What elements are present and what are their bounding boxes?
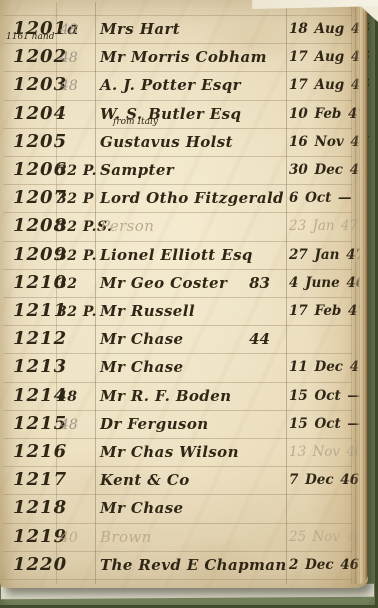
entry-number: 1204	[13, 99, 67, 129]
entry-name: Dr Ferguson	[100, 409, 209, 439]
entry-number: 1220	[13, 550, 67, 580]
entry-name: Brown	[100, 522, 152, 552]
entry-code: 32 P.	[57, 241, 97, 271]
ledger-row: 1219 40 Brown 25 Nov 46	[0, 522, 368, 551]
entry-name: Sampter	[100, 155, 174, 185]
entry-code: 48	[60, 410, 78, 440]
entry-name: Mrs Hart	[100, 14, 180, 44]
ledger-photo: 1201a 1161 hand 48 Mrs Hart 18 Aug 46 12…	[0, 0, 378, 608]
entry-name: Mr Russell	[100, 296, 195, 326]
entry-number: 1218	[13, 493, 67, 523]
ledger-row: 1218 Mr Chase	[0, 493, 368, 522]
entry-number: 1202	[13, 42, 67, 72]
entry-number: 1215	[13, 409, 67, 439]
entry-name: Mr Chas Wilson	[100, 437, 239, 467]
ledger-row: 1212 Mr Chase 44	[0, 324, 368, 353]
ledger-row: 1215 48 Dr Ferguson 15 Oct —	[0, 409, 368, 438]
entry-number-note: 1161 hand	[6, 31, 55, 43]
ledger-row: 1220 The Revd E Chapman 2 Dec 46	[0, 550, 368, 579]
entry-name: A. J. Potter Esqr	[100, 70, 241, 100]
ledger-row: 1203 48 A. J. Potter Esqr 17 Aug 46	[0, 70, 368, 99]
entry-name: Mr Geo Coster	[100, 268, 227, 298]
ledger-row: 1201a 1161 hand 48 Mrs Hart 18 Aug 46	[0, 14, 368, 43]
entry-code: 32 P	[57, 184, 94, 214]
ledger-row: 1202 48 Mr Morris Cobham 17 Aug 46	[0, 42, 368, 71]
entry-number: 1212	[13, 324, 67, 354]
ledger-row: 1206 32 P. Sampter 30 Dec 46	[0, 155, 368, 184]
entry-name: Mr Chase	[100, 493, 183, 523]
entry-name: Gustavus Holst	[100, 127, 233, 157]
entry-name: Mr R. F. Boden	[100, 381, 231, 411]
entry-date: 6 Oct —	[289, 183, 352, 213]
ledger-row: 1208 32 P.S. Person 23 Jan 47	[0, 211, 368, 240]
entry-number: 1213	[13, 352, 67, 382]
ledger-row: 1210 32 Mr Geo Coster 83 4 June 46	[0, 268, 368, 297]
entry-name: Mr Morris Cobham	[100, 42, 267, 72]
entry-code: 40	[60, 523, 78, 553]
entry-name: Kent & Co	[100, 465, 190, 495]
entry-name: Lord Otho Fitzgerald	[100, 183, 284, 213]
entry-name: Mr Chase	[100, 352, 183, 382]
entry-name: Mr Chase	[100, 324, 183, 354]
ledger-row: 1211 32 P. Mr Russell 17 Feb 47	[0, 296, 368, 325]
ledger-row: 1217 Kent & Co 7 Dec 46	[0, 465, 368, 494]
entry-code: 48	[60, 43, 78, 73]
entry-name: The Revd E Chapman	[100, 550, 287, 580]
entry-extra-number: 44	[242, 324, 270, 354]
entry-name: Person	[100, 211, 154, 241]
ledger-row: 1216 Mr Chas Wilson 13 Nov 46	[0, 437, 368, 466]
page-fore-edge	[351, 0, 368, 584]
entry-date: 2 Dec 46	[289, 550, 359, 580]
entry-code: 32 P.	[57, 297, 97, 327]
entry-number: 1219	[13, 522, 67, 552]
entry-number: 1205	[13, 127, 67, 157]
entry-date: 23 Jan 47	[289, 211, 358, 241]
entry-extra-number: 83	[242, 268, 270, 298]
entry-number: 1217	[13, 465, 67, 495]
ledger-row: 1205 Gustavus Holst 16 Nov 46	[0, 127, 368, 156]
ledger-row: 1209 32 P. Lionel Elliott Esq 27 Jan 47	[0, 240, 368, 269]
ledger-row: 1207 32 P Lord Otho Fitzgerald 6 Oct —	[0, 183, 368, 212]
entry-code: 48	[57, 382, 77, 412]
ledger-row: 1214 48 Mr R. F. Boden 15 Oct —	[0, 381, 368, 410]
entry-number: 1216	[13, 437, 67, 467]
ledger-row: 1213 Mr Chase 11 Dec 46	[0, 352, 368, 381]
ledger-row: 1204 W. S. Butler Esq from Italy 10 Feb …	[0, 99, 368, 128]
entry-code: 48	[60, 71, 78, 101]
entry-code: 32 P.	[57, 156, 97, 186]
ledger-page: 1201a 1161 hand 48 Mrs Hart 18 Aug 46 12…	[0, 0, 368, 588]
entry-code: 32	[57, 269, 77, 299]
entry-number: 1203	[13, 70, 67, 100]
entry-name-note: from Italy	[113, 116, 158, 128]
entry-code: 48	[60, 15, 78, 45]
entry-name: Lionel Elliott Esq	[100, 240, 253, 270]
entry-date: 7 Dec 46	[289, 465, 359, 495]
